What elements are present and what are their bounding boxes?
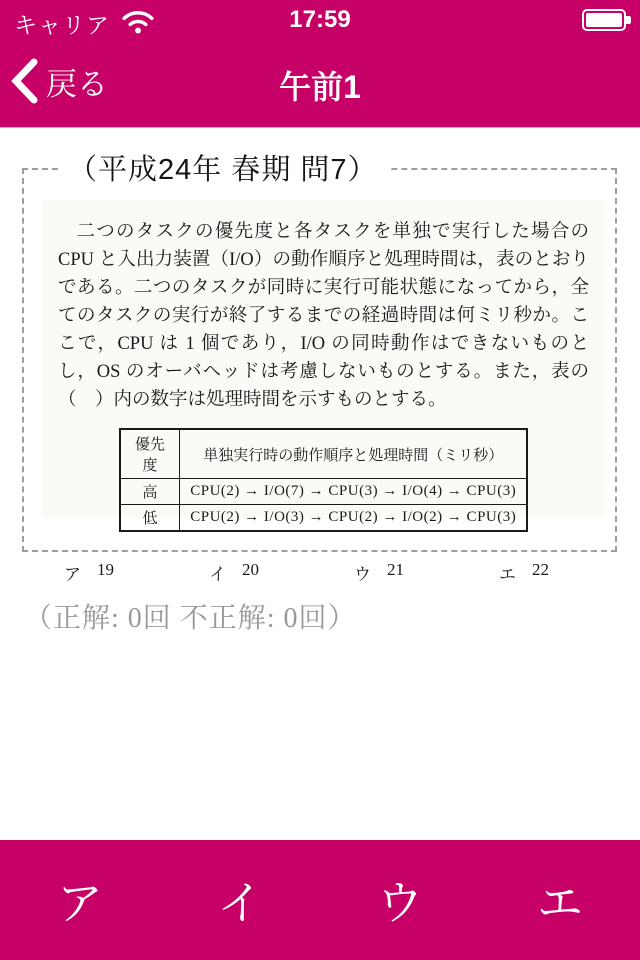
- question-box: （平成24年 春期 問7） 二つのタスクの優先度と各タスクを単独で実行した場合の…: [22, 168, 617, 552]
- priority-cell: 低: [120, 505, 180, 532]
- task-table: 優先度 単独実行時の動作順序と処理時間（ミリ秒） 高 CPU(2) → I/O(…: [119, 428, 528, 532]
- table-header-priority: 優先度: [120, 429, 180, 479]
- choice-a: ア 19: [64, 560, 114, 585]
- sequence-cell: CPU(2) → I/O(3) → CPU(2) → I/O(2) → CPU(…: [180, 505, 527, 532]
- table-header-row: 優先度 単独実行時の動作順序と処理時間（ミリ秒）: [120, 429, 527, 479]
- battery-fill: [586, 13, 622, 27]
- sequence-cell: CPU(2) → I/O(7) → CPU(3) → I/O(4) → CPU(…: [180, 479, 527, 505]
- choice-label: イ: [209, 560, 226, 585]
- choice-value: 22: [532, 560, 549, 585]
- question-text: 二つのタスクの優先度と各タスクを単独で実行した場合の CPU と入出力装置（I/…: [58, 218, 589, 414]
- header: キャリア 17:59 戻る: [0, 0, 640, 128]
- choice-value: 20: [242, 560, 259, 585]
- choice-value: 21: [387, 560, 404, 585]
- answer-bar: ア イ ウ エ: [0, 840, 640, 960]
- choice-label: ウ: [354, 560, 371, 585]
- choice-value: 19: [97, 560, 114, 585]
- content-area: （平成24年 春期 問7） 二つのタスクの優先度と各タスクを単独で実行した場合の…: [0, 128, 640, 840]
- page-title: 午前1: [0, 62, 640, 108]
- battery-cap: [626, 16, 631, 24]
- table-row: 低 CPU(2) → I/O(3) → CPU(2) → I/O(2) → CP…: [120, 505, 527, 532]
- status-bar: キャリア 17:59: [0, 0, 640, 40]
- choice-label: エ: [499, 560, 516, 585]
- table-header-sequence: 単独実行時の動作順序と処理時間（ミリ秒）: [180, 429, 527, 479]
- table-row: 高 CPU(2) → I/O(7) → CPU(3) → I/O(4) → CP…: [120, 479, 527, 505]
- choice-e: エ 22: [499, 560, 549, 585]
- question-heading: （平成24年 春期 問7）: [58, 147, 388, 188]
- choice-i: イ 20: [209, 560, 259, 585]
- nav-bar: 戻る 午前1: [0, 40, 640, 128]
- choice-u: ウ 21: [354, 560, 404, 585]
- choices-row: ア 19 イ 20 ウ 21 エ 22: [58, 560, 589, 585]
- score-stats: （正解: 0回 不正解: 0回）: [24, 596, 640, 636]
- answer-button-e[interactable]: エ: [480, 840, 640, 960]
- app-screen: キャリア 17:59 戻る: [0, 0, 640, 960]
- question-scan-image: 二つのタスクの優先度と各タスクを単独で実行した場合の CPU と入出力装置（I/…: [42, 200, 605, 518]
- answer-button-u[interactable]: ウ: [320, 840, 480, 960]
- clock: 17:59: [0, 6, 640, 34]
- answer-button-a[interactable]: ア: [0, 840, 160, 960]
- choice-label: ア: [64, 560, 81, 585]
- battery-icon: [582, 9, 626, 31]
- priority-cell: 高: [120, 479, 180, 505]
- answer-button-i[interactable]: イ: [160, 840, 320, 960]
